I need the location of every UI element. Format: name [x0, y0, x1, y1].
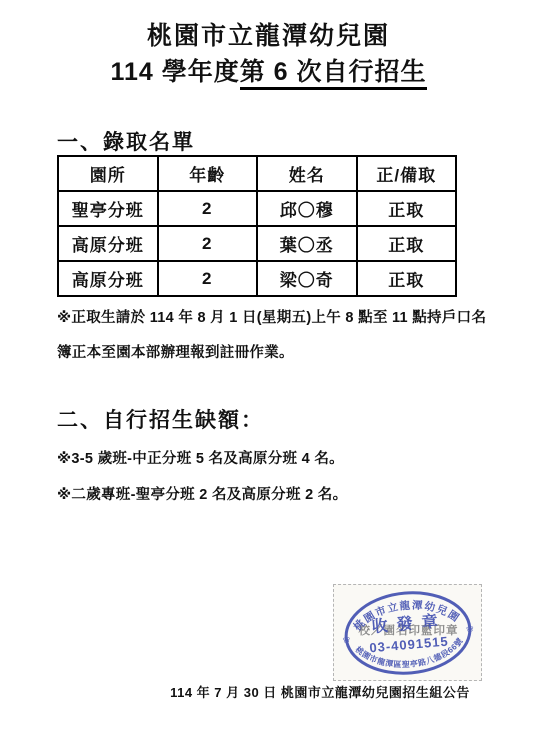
table-cell-status: 正取 [357, 261, 457, 296]
table-cell-age: 2 [158, 261, 258, 296]
table-cell-age: 2 [158, 191, 258, 226]
document-title-line2: 114 學年度第 6 次自行招生 [0, 52, 537, 88]
table-header-cell-age: 年齡 [158, 156, 258, 191]
title-line2-prefix: 114 學年度 [110, 58, 239, 86]
table-header-cell-name: 姓名 [257, 156, 357, 191]
stamp-rosette-right-icon: ❀ [466, 623, 474, 634]
title-line2-underlined: 第 6 次自行招生 [240, 58, 427, 90]
table-row: 高原分班 2 梁〇奇 正取 [58, 261, 456, 296]
table-cell-name: 梁〇奇 [257, 261, 357, 296]
table-cell-campus: 高原分班 [58, 226, 158, 261]
table-row: 高原分班 2 葉〇丞 正取 [58, 226, 456, 261]
table-cell-name: 葉〇丞 [257, 226, 357, 261]
stamp-phone-text: 03-4091515 [369, 634, 449, 656]
section2-heading: 二、自行招生缺額： [57, 404, 264, 434]
table-cell-age: 2 [158, 226, 258, 261]
table-cell-campus: 聖亭分班 [58, 191, 158, 226]
vacancy-note-2: ※二歲專班-聖亭分班 2 名及高原分班 2 名。 [57, 483, 347, 504]
footer-announcement: 114 年 7 月 30 日 桃園市立龍潭幼兒園招生組公告 [103, 682, 537, 701]
vacancy-note-1: ※3-5 歲班-中正分班 5 名及高原分班 4 名。 [57, 447, 344, 468]
table-cell-status: 正取 [357, 226, 457, 261]
table-header-cell-status: 正/備取 [357, 156, 457, 191]
document-page: 桃園市立龍潭幼兒園 114 學年度第 6 次自行招生 一、錄取名單 園所 年齡 … [0, 0, 537, 738]
stamp-rosette-left-icon: ❀ [342, 634, 350, 645]
table-header-cell-campus: 園所 [58, 156, 158, 191]
table-row: 聖亭分班 2 邱〇穆 正取 [58, 191, 456, 226]
stamp-area: 校／園名印藍印章 桃園市立龍潭幼兒園 桃園市龍潭區聖亭路八德段66號 收發章 0… [333, 584, 482, 681]
section1-heading: 一、錄取名單 [57, 126, 195, 156]
admission-table: 園所 年齡 姓名 正/備取 聖亭分班 2 邱〇穆 正取 高原分班 2 葉〇丞 正… [57, 155, 457, 297]
registration-note-line2: 簿正本至園本部辦理報到註冊作業。 [57, 341, 294, 362]
registration-note-line1: ※正取生請於 114 年 8 月 1 日(星期五)上午 8 點至 11 點持戶口… [57, 306, 486, 327]
document-title-line1: 桃園市立龍潭幼兒園 [0, 16, 537, 52]
table-cell-campus: 高原分班 [58, 261, 158, 296]
official-stamp-icon: 桃園市立龍潭幼兒園 桃園市龍潭區聖亭路八德段66號 收發章 03-4091515… [334, 585, 483, 682]
table-cell-name: 邱〇穆 [257, 191, 357, 226]
table-header-row: 園所 年齡 姓名 正/備取 [58, 156, 456, 191]
table-cell-status: 正取 [357, 191, 457, 226]
